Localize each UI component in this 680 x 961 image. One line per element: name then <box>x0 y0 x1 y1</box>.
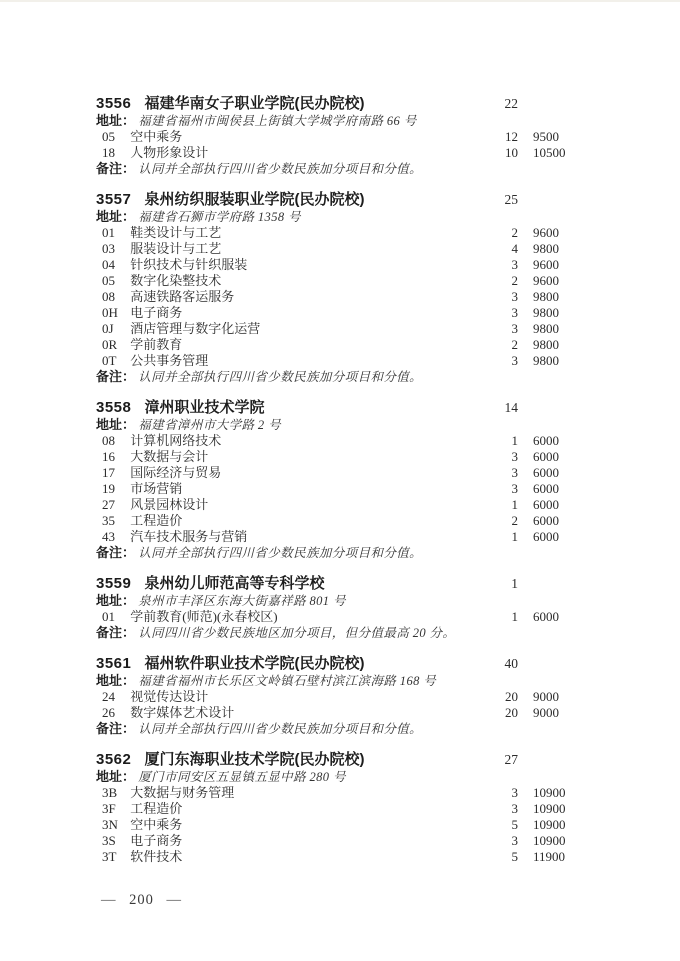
address-row: 地址： 福建省福州市闽侯县上街镇大学城学府南路 66 号 <box>96 113 616 129</box>
major-tuition-fee: 6000 <box>533 481 605 497</box>
note-text: 认同并全部执行四川省少数民族加分项目和分值。 <box>138 722 422 736</box>
admission-list: 3556 福建华南女子职业学院(民办院校) 22 地址： 福建省福州市闽侯县上街… <box>96 94 616 878</box>
major-row: 3T 软件技术 5 11900 <box>96 849 616 865</box>
address-row: 地址： 福建省石狮市学府路 1358 号 <box>96 209 616 225</box>
major-code: 08 <box>102 433 119 449</box>
major-name: 数字媒体艺术设计 <box>130 705 234 720</box>
major-name: 大数据与财务管理 <box>130 785 234 800</box>
major-list: 01 鞋类设计与工艺 2 9600 03 服装设计与工艺 4 9800 04 针… <box>96 225 616 369</box>
major-tuition-fee: 6000 <box>533 497 605 513</box>
major-tuition-fee: 6000 <box>533 529 605 545</box>
major-code: 0R <box>102 337 119 353</box>
major-code: 3N <box>102 817 119 833</box>
address-text: 厦门市同安区五显镇五显中路 280 号 <box>138 770 346 784</box>
major-name: 电子商务 <box>130 833 182 848</box>
school-total-plan: 14 <box>466 398 518 417</box>
note-text: 认同四川省少数民族地区加分项目，但分值最高 20 分。 <box>138 626 455 640</box>
major-tuition-fee: 6000 <box>533 609 605 625</box>
major-plan-count: 3 <box>466 321 518 337</box>
school-code: 3562 <box>96 751 131 768</box>
major-plan-count: 2 <box>466 225 518 241</box>
major-plan-count: 5 <box>466 817 518 833</box>
major-name: 针织技术与针织服装 <box>130 257 247 272</box>
school-header-row: 3562 厦门东海职业技术学院(民办院校) 27 <box>96 750 616 769</box>
major-row: 19 市场营销 3 6000 <box>96 481 616 497</box>
major-name: 空中乘务 <box>130 817 182 832</box>
address-label: 地址： <box>96 209 135 224</box>
school-total-plan: 1 <box>466 574 518 593</box>
major-name: 数字化染整技术 <box>130 273 221 288</box>
major-row: 05 数字化染整技术 2 9600 <box>96 273 616 289</box>
major-code: 03 <box>102 241 119 257</box>
major-list: 01 学前教育(师范)(永春校区) 1 6000 <box>96 609 616 625</box>
address-row: 地址： 福建省漳州市大学路 2 号 <box>96 417 616 433</box>
school-total-plan: 27 <box>466 750 518 769</box>
major-plan-count: 3 <box>466 257 518 273</box>
major-code: 0H <box>102 305 119 321</box>
note-row: 备注： 认同四川省少数民族地区加分项目，但分值最高 20 分。 <box>96 625 616 641</box>
major-row: 3F 工程造价 3 10900 <box>96 801 616 817</box>
address-text: 福建省石狮市学府路 1358 号 <box>138 210 301 224</box>
major-name: 软件技术 <box>130 849 182 864</box>
major-code: 0T <box>102 353 119 369</box>
major-tuition-fee: 10900 <box>533 817 605 833</box>
major-plan-count: 3 <box>466 785 518 801</box>
school-header-row: 3557 泉州纺织服装职业学院(民办院校) 25 <box>96 190 616 209</box>
address-row: 地址： 泉州市丰泽区东海大街嘉祥路 801 号 <box>96 593 616 609</box>
major-row: 3B 大数据与财务管理 3 10900 <box>96 785 616 801</box>
major-row: 0R 学前教育 2 9800 <box>96 337 616 353</box>
major-code: 3S <box>102 833 119 849</box>
major-tuition-fee: 11900 <box>533 849 605 865</box>
major-plan-count: 3 <box>466 353 518 369</box>
major-row: 08 计算机网络技术 1 6000 <box>96 433 616 449</box>
major-plan-count: 2 <box>466 273 518 289</box>
major-plan-count: 2 <box>466 513 518 529</box>
major-plan-count: 12 <box>466 129 518 145</box>
school-name: 厦门东海职业技术学院(民办院校) <box>145 751 365 768</box>
major-code: 3B <box>102 785 119 801</box>
major-row: 24 视觉传达设计 20 9000 <box>96 689 616 705</box>
major-row: 0T 公共事务管理 3 9800 <box>96 353 616 369</box>
major-tuition-fee: 6000 <box>533 433 605 449</box>
school-code: 3559 <box>96 575 131 592</box>
address-row: 地址： 福建省福州市长乐区文岭镇石壁村滨江滨海路 168 号 <box>96 673 616 689</box>
major-plan-count: 3 <box>466 801 518 817</box>
major-code: 24 <box>102 689 119 705</box>
note-label: 备注： <box>96 161 135 176</box>
note-row: 备注： 认同并全部执行四川省少数民族加分项目和分值。 <box>96 721 616 737</box>
major-name: 风景园林设计 <box>130 497 208 512</box>
major-name: 大数据与会计 <box>130 449 208 464</box>
major-row: 03 服装设计与工艺 4 9800 <box>96 241 616 257</box>
major-row: 01 学前教育(师范)(永春校区) 1 6000 <box>96 609 616 625</box>
major-tuition-fee: 6000 <box>533 465 605 481</box>
major-name: 计算机网络技术 <box>130 433 221 448</box>
major-row: 0H 电子商务 3 9800 <box>96 305 616 321</box>
school-section: 3556 福建华南女子职业学院(民办院校) 22 地址： 福建省福州市闽侯县上街… <box>96 94 616 177</box>
major-name: 鞋类设计与工艺 <box>130 225 221 240</box>
address-label: 地址： <box>96 673 135 688</box>
major-plan-count: 20 <box>466 689 518 705</box>
major-name: 工程造价 <box>130 513 182 528</box>
major-tuition-fee: 9600 <box>533 273 605 289</box>
major-plan-count: 10 <box>466 145 518 161</box>
school-header-row: 3561 福州软件职业技术学院(民办院校) 40 <box>96 654 616 673</box>
major-plan-count: 20 <box>466 705 518 721</box>
major-plan-count: 3 <box>466 289 518 305</box>
school-total-plan: 25 <box>466 190 518 209</box>
major-row: 3S 电子商务 3 10900 <box>96 833 616 849</box>
school-section: 3562 厦门东海职业技术学院(民办院校) 27 地址： 厦门市同安区五显镇五显… <box>96 750 616 865</box>
major-list: 08 计算机网络技术 1 6000 16 大数据与会计 3 6000 17 国际… <box>96 433 616 545</box>
school-section: 3559 泉州幼儿师范高等专科学校 1 地址： 泉州市丰泽区东海大街嘉祥路 80… <box>96 574 616 641</box>
major-tuition-fee: 10500 <box>533 145 605 161</box>
note-text: 认同并全部执行四川省少数民族加分项目和分值。 <box>138 370 422 384</box>
scan-top-edge <box>0 0 680 2</box>
address-label: 地址： <box>96 769 135 784</box>
major-name: 电子商务 <box>130 305 182 320</box>
school-name: 福建华南女子职业学院(民办院校) <box>145 95 365 112</box>
school-section: 3561 福州软件职业技术学院(民办院校) 40 地址： 福建省福州市长乐区文岭… <box>96 654 616 737</box>
school-header-row: 3559 泉州幼儿师范高等专科学校 1 <box>96 574 616 593</box>
school-name: 福州软件职业技术学院(民办院校) <box>145 655 365 672</box>
document-page: 3556 福建华南女子职业学院(民办院校) 22 地址： 福建省福州市闽侯县上街… <box>0 0 680 961</box>
major-code: 04 <box>102 257 119 273</box>
address-label: 地址： <box>96 417 135 432</box>
major-name: 工程造价 <box>130 801 182 816</box>
address-text: 福建省漳州市大学路 2 号 <box>138 418 281 432</box>
major-plan-count: 1 <box>466 529 518 545</box>
major-tuition-fee: 9500 <box>533 129 605 145</box>
school-code: 3557 <box>96 191 131 208</box>
major-list: 24 视觉传达设计 20 9000 26 数字媒体艺术设计 20 9000 <box>96 689 616 721</box>
major-tuition-fee: 9000 <box>533 689 605 705</box>
major-code: 18 <box>102 145 119 161</box>
school-name: 漳州职业技术学院 <box>145 399 265 416</box>
note-row: 备注： 认同并全部执行四川省少数民族加分项目和分值。 <box>96 369 616 385</box>
address-row: 地址： 厦门市同安区五显镇五显中路 280 号 <box>96 769 616 785</box>
school-header-row: 3556 福建华南女子职业学院(民办院校) 22 <box>96 94 616 113</box>
note-row: 备注： 认同并全部执行四川省少数民族加分项目和分值。 <box>96 161 616 177</box>
note-label: 备注： <box>96 369 135 384</box>
note-label: 备注： <box>96 625 135 640</box>
major-plan-count: 3 <box>466 481 518 497</box>
major-plan-count: 1 <box>466 433 518 449</box>
major-name: 学前教育(师范)(永春校区) <box>130 609 277 624</box>
note-label: 备注： <box>96 545 135 560</box>
major-row: 3N 空中乘务 5 10900 <box>96 817 616 833</box>
major-row: 04 针织技术与针织服装 3 9600 <box>96 257 616 273</box>
major-plan-count: 3 <box>466 305 518 321</box>
major-plan-count: 2 <box>466 337 518 353</box>
school-section: 3557 泉州纺织服装职业学院(民办院校) 25 地址： 福建省石狮市学府路 1… <box>96 190 616 385</box>
note-label: 备注： <box>96 721 135 736</box>
major-row: 01 鞋类设计与工艺 2 9600 <box>96 225 616 241</box>
major-code: 0J <box>102 321 119 337</box>
school-code: 3556 <box>96 95 131 112</box>
major-name: 公共事务管理 <box>130 353 208 368</box>
footer-dash-right: — <box>167 892 183 908</box>
major-name: 服装设计与工艺 <box>130 241 221 256</box>
major-tuition-fee: 9800 <box>533 241 605 257</box>
school-header-row: 3558 漳州职业技术学院 14 <box>96 398 616 417</box>
address-text: 福建省福州市闽侯县上街镇大学城学府南路 66 号 <box>138 114 416 128</box>
major-tuition-fee: 9800 <box>533 289 605 305</box>
major-code: 01 <box>102 609 119 625</box>
major-tuition-fee: 9800 <box>533 305 605 321</box>
note-text: 认同并全部执行四川省少数民族加分项目和分值。 <box>138 546 422 560</box>
school-name: 泉州纺织服装职业学院(民办院校) <box>145 191 365 208</box>
major-plan-count: 3 <box>466 465 518 481</box>
major-row: 05 空中乘务 12 9500 <box>96 129 616 145</box>
major-row: 0J 酒店管理与数字化运营 3 9800 <box>96 321 616 337</box>
major-name: 学前教育 <box>130 337 182 352</box>
major-row: 43 汽车技术服务与营销 1 6000 <box>96 529 616 545</box>
major-tuition-fee: 10900 <box>533 785 605 801</box>
major-code: 01 <box>102 225 119 241</box>
major-plan-count: 3 <box>466 833 518 849</box>
major-code: 35 <box>102 513 119 529</box>
major-tuition-fee: 9600 <box>533 225 605 241</box>
school-code: 3561 <box>96 655 131 672</box>
major-code: 3F <box>102 801 119 817</box>
major-tuition-fee: 9600 <box>533 257 605 273</box>
major-code: 05 <box>102 273 119 289</box>
major-name: 市场营销 <box>130 481 182 496</box>
page-footer: — 200 — <box>101 892 182 909</box>
major-tuition-fee: 10900 <box>533 801 605 817</box>
major-name: 酒店管理与数字化运营 <box>130 321 260 336</box>
major-name: 汽车技术服务与营销 <box>130 529 247 544</box>
school-total-plan: 40 <box>466 654 518 673</box>
major-name: 空中乘务 <box>130 129 182 144</box>
major-code: 08 <box>102 289 119 305</box>
major-tuition-fee: 9800 <box>533 337 605 353</box>
address-label: 地址： <box>96 113 135 128</box>
major-name: 视觉传达设计 <box>130 689 208 704</box>
major-row: 27 风景园林设计 1 6000 <box>96 497 616 513</box>
school-total-plan: 22 <box>466 94 518 113</box>
major-row: 26 数字媒体艺术设计 20 9000 <box>96 705 616 721</box>
major-plan-count: 1 <box>466 497 518 513</box>
major-row: 08 高速铁路客运服务 3 9800 <box>96 289 616 305</box>
major-row: 18 人物形象设计 10 10500 <box>96 145 616 161</box>
address-label: 地址： <box>96 593 135 608</box>
major-code: 27 <box>102 497 119 513</box>
major-list: 3B 大数据与财务管理 3 10900 3F 工程造价 3 10900 3N 空… <box>96 785 616 865</box>
school-code: 3558 <box>96 399 131 416</box>
major-code: 17 <box>102 465 119 481</box>
major-plan-count: 4 <box>466 241 518 257</box>
footer-dash-left: — <box>101 892 117 908</box>
major-code: 05 <box>102 129 119 145</box>
major-tuition-fee: 9800 <box>533 321 605 337</box>
footer-page-number: 200 <box>129 892 154 908</box>
major-name: 高速铁路客运服务 <box>130 289 234 304</box>
major-row: 35 工程造价 2 6000 <box>96 513 616 529</box>
major-row: 17 国际经济与贸易 3 6000 <box>96 465 616 481</box>
major-name: 国际经济与贸易 <box>130 465 221 480</box>
major-plan-count: 3 <box>466 449 518 465</box>
address-text: 福建省福州市长乐区文岭镇石壁村滨江滨海路 168 号 <box>138 674 436 688</box>
major-tuition-fee: 6000 <box>533 513 605 529</box>
major-plan-count: 1 <box>466 609 518 625</box>
major-code: 43 <box>102 529 119 545</box>
major-tuition-fee: 9800 <box>533 353 605 369</box>
major-code: 3T <box>102 849 119 865</box>
major-row: 16 大数据与会计 3 6000 <box>96 449 616 465</box>
school-section: 3558 漳州职业技术学院 14 地址： 福建省漳州市大学路 2 号 08 计算… <box>96 398 616 561</box>
school-name: 泉州幼儿师范高等专科学校 <box>145 575 325 592</box>
major-code: 26 <box>102 705 119 721</box>
major-tuition-fee: 9000 <box>533 705 605 721</box>
major-name: 人物形象设计 <box>130 145 208 160</box>
major-plan-count: 5 <box>466 849 518 865</box>
major-code: 19 <box>102 481 119 497</box>
major-tuition-fee: 10900 <box>533 833 605 849</box>
note-row: 备注： 认同并全部执行四川省少数民族加分项目和分值。 <box>96 545 616 561</box>
address-text: 泉州市丰泽区东海大街嘉祥路 801 号 <box>138 594 346 608</box>
major-list: 05 空中乘务 12 9500 18 人物形象设计 10 10500 <box>96 129 616 161</box>
major-code: 16 <box>102 449 119 465</box>
note-text: 认同并全部执行四川省少数民族加分项目和分值。 <box>138 162 422 176</box>
major-tuition-fee: 6000 <box>533 449 605 465</box>
